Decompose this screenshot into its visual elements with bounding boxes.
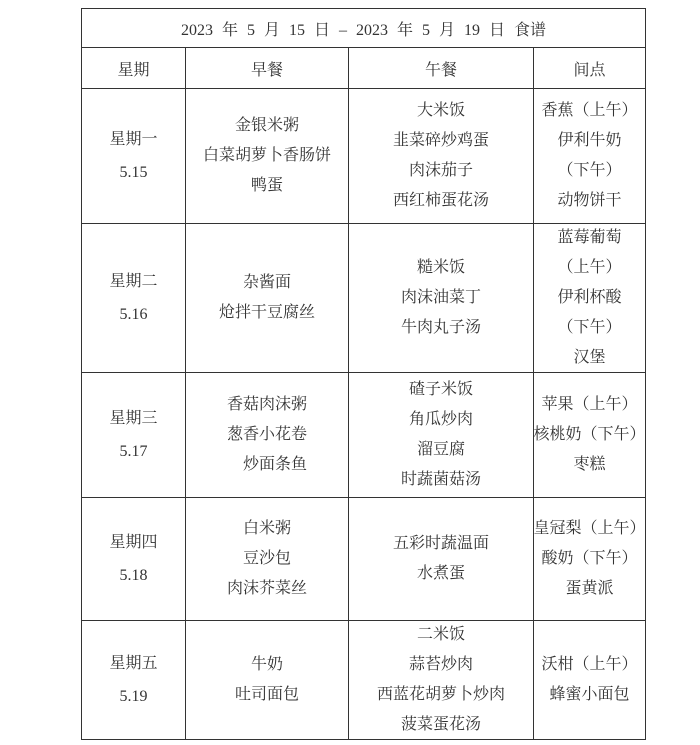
menu-item: 碴子米饭 (409, 375, 473, 405)
day-date: 5.19 (120, 680, 148, 713)
menu-item: 水煮蛋 (417, 559, 465, 589)
header-snack: 间点 (534, 48, 645, 88)
menu-item: 酸奶（下午） (541, 544, 637, 574)
day-cell: 星期五 5.19 (82, 621, 186, 739)
menu-item: 葱香小花卷 (227, 420, 307, 450)
lunch-cell: 二米饭 蒜苔炒肉 西蓝花胡萝卜炒肉 菠菜蛋花汤 (349, 621, 534, 739)
menu-item: 香蕉（上午） (541, 96, 637, 126)
breakfast-cell: 金银米粥 白菜胡萝卜香肠饼 鸭蛋 (186, 89, 349, 223)
day-date: 5.16 (120, 298, 148, 331)
day-name: 星期一 (109, 123, 157, 156)
menu-item: 动物饼干 (557, 186, 621, 216)
menu-item: 白米粥 (243, 514, 291, 544)
header-week: 星期 (82, 48, 186, 88)
lunch-cell: 五彩时蔬温面 水煮蛋 (349, 498, 534, 620)
menu-item: 肉沫芥菜丝 (227, 574, 307, 604)
table-row-thursday: 星期四 5.18 白米粥 豆沙包 肉沫芥菜丝 五彩时蔬温面 水煮蛋 皇冠梨（上午… (82, 498, 645, 621)
menu-item: 吐司面包 (235, 680, 299, 710)
menu-item: 蓝莓葡萄 (557, 224, 621, 253)
menu-item: 汉堡 (573, 343, 605, 372)
menu-item: 白菜胡萝卜香肠饼 (203, 141, 331, 171)
menu-item: 香菇肉沫粥 (227, 390, 307, 420)
menu-item: 沃柑（上午） (541, 650, 637, 680)
menu-item: 菠菜蛋花汤 (401, 710, 481, 739)
menu-item: 豆沙包 (243, 544, 291, 574)
menu-item: 西蓝花胡萝卜炒肉 (377, 680, 505, 710)
menu-item: 蛋黄派 (565, 574, 613, 604)
snack-cell: 苹果（上午） 核桃奶（下午） 枣糕 (534, 373, 645, 497)
snack-cell: 蓝莓葡萄 （上午） 伊利杯酸 （下午） 汉堡 (534, 224, 645, 372)
day-date: 5.18 (120, 559, 148, 592)
table-title: 2023 年 5 月 15 日 – 2023 年 5 月 19 日 食谱 (181, 17, 546, 40)
menu-item: 鸭蛋 (251, 171, 283, 201)
menu-item: 蜂蜜小面包 (549, 680, 629, 710)
menu-item: （下午） (557, 156, 621, 186)
table-row-monday: 星期一 5.15 金银米粥 白菜胡萝卜香肠饼 鸭蛋 大米饭 韭菜碎炒鸡蛋 肉沫茄… (82, 89, 645, 224)
snack-cell: 沃柑（上午） 蜂蜜小面包 (534, 621, 645, 739)
day-cell: 星期二 5.16 (82, 224, 186, 372)
menu-item: 溜豆腐 (417, 435, 465, 465)
menu-item: 肉沫油菜丁 (401, 283, 481, 313)
menu-item: 牛肉丸子汤 (401, 313, 481, 343)
lunch-cell: 糙米饭 肉沫油菜丁 牛肉丸子汤 (349, 224, 534, 372)
table-row-tuesday: 星期二 5.16 杂酱面 炝拌干豆腐丝 糙米饭 肉沫油菜丁 牛肉丸子汤 蓝莓葡萄… (82, 224, 645, 373)
table-header-row: 星期 早餐 午餐 间点 (82, 48, 645, 89)
menu-item: 伊利杯酸 (557, 283, 621, 313)
snack-cell: 香蕉（上午） 伊利牛奶 （下午） 动物饼干 (534, 89, 645, 223)
day-name: 星期五 (109, 647, 157, 680)
snack-cell: 皇冠梨（上午） 酸奶（下午） 蛋黄派 (534, 498, 645, 620)
table-title-row: 2023 年 5 月 15 日 – 2023 年 5 月 19 日 食谱 (82, 9, 645, 48)
menu-item: 时蔬菌菇汤 (401, 465, 481, 495)
breakfast-cell: 杂酱面 炝拌干豆腐丝 (186, 224, 349, 372)
menu-item: 二米饭 (417, 621, 465, 650)
menu-item: 角瓜炒肉 (409, 405, 473, 435)
day-cell: 星期三 5.17 (82, 373, 186, 497)
lunch-cell: 碴子米饭 角瓜炒肉 溜豆腐 时蔬菌菇汤 (349, 373, 534, 497)
menu-item: 金银米粥 (235, 111, 299, 141)
lunch-cell: 大米饭 韭菜碎炒鸡蛋 肉沫茄子 西红柿蛋花汤 (349, 89, 534, 223)
table-row-friday: 星期五 5.19 牛奶 吐司面包 二米饭 蒜苔炒肉 西蓝花胡萝卜炒肉 菠菜蛋花汤… (82, 621, 645, 739)
menu-item: 牛奶 (251, 650, 283, 680)
menu-item: 大米饭 (417, 96, 465, 126)
menu-item: 肉沫茄子 (409, 156, 473, 186)
menu-item: （上午） (557, 253, 621, 283)
day-cell: 星期一 5.15 (82, 89, 186, 223)
day-date: 5.17 (120, 435, 148, 468)
day-cell: 星期四 5.18 (82, 498, 186, 620)
menu-item: 伊利牛奶 (557, 126, 621, 156)
header-lunch: 午餐 (349, 48, 534, 88)
table-row-wednesday: 星期三 5.17 香菇肉沫粥 葱香小花卷 炒面条鱼 碴子米饭 角瓜炒肉 溜豆腐 … (82, 373, 645, 498)
day-name: 星期二 (109, 265, 157, 298)
menu-item: 炝拌干豆腐丝 (219, 298, 315, 328)
breakfast-cell: 香菇肉沫粥 葱香小花卷 炒面条鱼 (186, 373, 349, 497)
breakfast-cell: 牛奶 吐司面包 (186, 621, 349, 739)
menu-item: （下午） (557, 313, 621, 343)
menu-item: 韭菜碎炒鸡蛋 (393, 126, 489, 156)
day-name: 星期四 (109, 526, 157, 559)
menu-item: 蒜苔炒肉 (409, 650, 473, 680)
menu-item: 皇冠梨（上午） (534, 514, 645, 544)
day-name: 星期三 (109, 402, 157, 435)
menu-item: 西红柿蛋花汤 (393, 186, 489, 216)
menu-item: 炒面条鱼 (227, 450, 307, 480)
menu-item: 杂酱面 (243, 268, 291, 298)
menu-item: 核桃奶（下午） (534, 420, 645, 450)
menu-item: 五彩时蔬温面 (393, 529, 489, 559)
menu-item: 苹果（上午） (541, 390, 637, 420)
header-breakfast: 早餐 (186, 48, 349, 88)
day-date: 5.15 (120, 156, 148, 189)
breakfast-cell: 白米粥 豆沙包 肉沫芥菜丝 (186, 498, 349, 620)
menu-item: 糙米饭 (417, 253, 465, 283)
menu-table: 2023 年 5 月 15 日 – 2023 年 5 月 19 日 食谱 星期 … (81, 8, 646, 740)
menu-item: 枣糕 (573, 450, 605, 480)
